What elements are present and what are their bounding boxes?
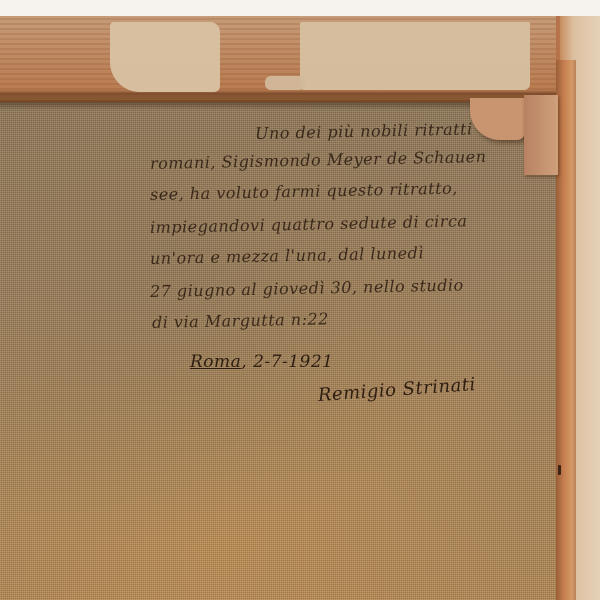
photo-scene: Uno dei più nobili ritratti romani, Sigi…: [0, 0, 600, 600]
inscription-line: romani, Sigismondo Meyer de Schauen: [150, 147, 487, 173]
inscription-line: Uno dei più nobili ritratti: [255, 119, 473, 143]
inscription-date: Roma, 2-7-1921: [190, 352, 334, 372]
inscription-line: impiegandovi quattro sedute di circa: [150, 211, 468, 237]
inscription-line: un'ora e mezza l'una, dal lunedì: [150, 243, 424, 268]
inscription-line: see, ha voluto farmi questo ritratto,: [150, 179, 458, 204]
inscription-place: Roma: [190, 352, 241, 372]
inscription-line: di via Margutta n:22: [152, 309, 329, 332]
inscription-line: 27 giugno al giovedì 30, nello studio: [150, 275, 464, 301]
handwritten-inscription: Uno dei più nobili ritratti romani, Sigi…: [0, 0, 600, 600]
inscription-date-value: , 2-7-1921: [241, 352, 333, 372]
artist-signature: Remigio Strinati: [317, 374, 476, 406]
